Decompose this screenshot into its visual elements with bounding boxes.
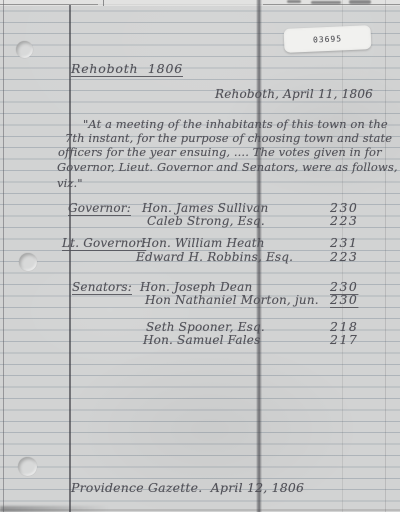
- paper-top-tick: [103, 0, 104, 6]
- vote-count: 230: [330, 292, 358, 307]
- vote-count: 217: [330, 332, 358, 347]
- scan-smudge: [349, 0, 371, 4]
- candidate-name: Seth Spooner, Esq.: [146, 320, 265, 334]
- paragraph-line: officers for the year ensuing, .... The …: [58, 145, 382, 159]
- office-label: Governor:: [68, 201, 131, 215]
- paragraph-line: Governor, Lieut. Governor and Senators, …: [57, 160, 398, 174]
- hole-punch-middle: [19, 253, 37, 271]
- paragraph-line: viz.": [57, 176, 83, 190]
- catalog-sticker: 03695: [284, 25, 372, 53]
- catalog-number: 03695: [313, 34, 342, 44]
- candidate-name: Caleb Strong, Esq.: [147, 214, 265, 228]
- candidate-name: Edward H. Robbins, Esq.: [136, 250, 293, 264]
- hole-punch-top: [16, 41, 33, 58]
- vote-count: 223: [330, 213, 358, 228]
- candidate-name: Hon. James Sullivan: [142, 201, 268, 215]
- paper-left-edge: [3, 0, 4, 512]
- candidate-name: Hon. William Heath: [141, 236, 265, 250]
- scanned-document-page: 03695 Rehoboth 1806 Rehoboth, April 11, …: [0, 0, 400, 512]
- candidate-name: Hon. Joseph Dean: [140, 280, 252, 294]
- paragraph-line: 7th instant, for the purpose of choosing…: [65, 131, 392, 145]
- page-heading: Rehoboth 1806: [71, 61, 183, 76]
- source-citation: Providence Gazette. April 12, 1806: [71, 480, 304, 495]
- hole-punch-bottom: [18, 457, 37, 476]
- fold-crease-left: [69, 5, 71, 512]
- paper-bottom-edge: [0, 509, 400, 511]
- dateline: Rehoboth, April 11, 1806: [215, 87, 373, 101]
- scan-smudge: [311, 1, 341, 4]
- vote-count: 231: [330, 235, 358, 250]
- faint-right-edge: [385, 0, 386, 512]
- office-label: Lt. Governor:: [62, 236, 146, 250]
- office-label: Senators:: [72, 280, 132, 294]
- vote-count: 223: [330, 249, 358, 264]
- candidate-name: Hon Nathaniel Morton, jun.: [145, 293, 319, 307]
- scan-smudge: [287, 0, 301, 3]
- paper-top-edge-gap: [98, 3, 263, 6]
- candidate-name: Hon. Samuel Fales: [143, 333, 260, 347]
- paragraph-line: "At a meeting of the inhabitants of this…: [83, 117, 388, 131]
